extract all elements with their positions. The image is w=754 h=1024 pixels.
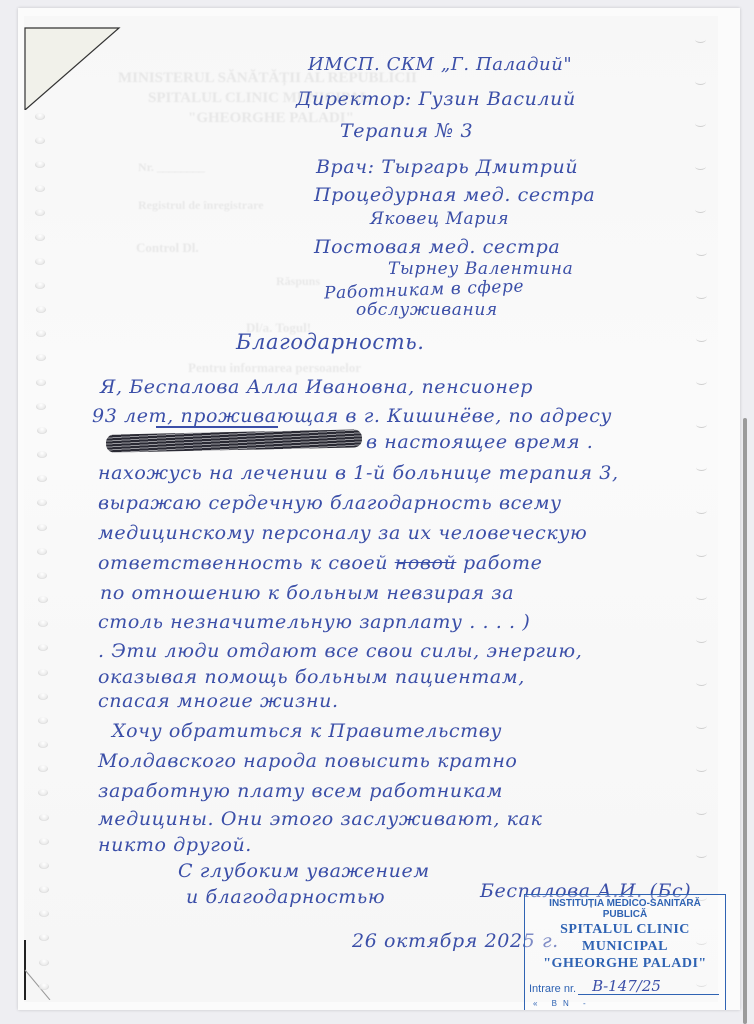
ghost-text: "GHEORGHE PALADI" — [188, 110, 354, 127]
body-line: выражаю сердечную благодарность всему — [98, 492, 562, 514]
stamp-line: MUNICIPAL — [525, 939, 725, 954]
page-curl — [24, 940, 64, 1004]
ghost-text: Pentru informarea persoanelor — [188, 360, 361, 376]
ghost-text: Nr. ________ — [138, 160, 205, 175]
ward-nurse-name: Тырнеу Валентина — [388, 259, 573, 279]
body-line: по отношению к больным невзирая за — [100, 582, 514, 604]
stamp-entry-row: Intrare nr. В-147/25 — [529, 977, 719, 995]
ghost-text: Registrul de înregistrare — [138, 198, 264, 213]
service-staff-line2: обслуживания — [356, 300, 498, 320]
ghost-text: Control Dl. — [136, 240, 199, 256]
body-line: столь незначительную зарплату . . . . ) — [98, 611, 530, 633]
body-line: в настоящее время . — [366, 431, 593, 453]
stamp-line: "GHEORGHE PALADI" — [525, 956, 725, 971]
document-page: MINISTERUL SĂNĂTĂȚII AL REPUBLICII SPITA… — [18, 8, 740, 1010]
body-line: ответственность к своей новой работе — [98, 552, 542, 574]
body-line: медицинскому персоналу за их человеческу… — [98, 522, 587, 544]
body-line: заработную плату всем работникам — [98, 780, 503, 802]
registration-stamp: INSTITUȚIA MEDICO-SANITARĂ PUBLICĂ SPITA… — [524, 894, 726, 1010]
addressee-director: Директор: Гузин Василий — [296, 88, 576, 110]
stamp-footer-marks: « ВN - — [533, 999, 592, 1008]
ghost-text: Răspuns — [276, 274, 320, 289]
addressee-department: Терапия № 3 — [340, 120, 473, 142]
closing-line-2: и благодарностью — [186, 886, 385, 908]
addressee-institution: ИМСП. СКМ „Г. Паладий" — [308, 54, 572, 75]
body-line: оказывая помощь больным пациентам, — [98, 666, 525, 688]
body-line: Молдавского народа повысить кратно — [98, 750, 517, 772]
vertical-scrollbar[interactable] — [743, 418, 747, 1024]
body-line: Я, Беспалова Алла Ивановна, пенсионер — [100, 376, 533, 398]
underline — [156, 426, 278, 428]
body-line: . Эти люди отдают все свои силы, энергию… — [98, 640, 582, 662]
procedural-nurse-title: Процедурная мед. сестра — [314, 184, 595, 206]
body-line: нахожусь на лечении в 1-й больнице терап… — [98, 462, 619, 484]
body-line: медицины. Они этого заслуживают, как — [98, 808, 543, 830]
closing-line-1: С глубоким уважением — [178, 860, 430, 882]
letter-title: Благодарность. — [236, 330, 425, 354]
stamp-line: SPITALUL CLINIC — [525, 922, 725, 937]
addressee-doctor: Врач: Тыргарь Дмитрий — [316, 156, 578, 178]
stamp-line: INSTITUȚIA MEDICO-SANITARĂ — [525, 898, 725, 909]
body-line: 93 лет, проживающая в г. Кишинёве, по ад… — [92, 405, 612, 427]
body-line: Хочу обратиться к Правительству — [112, 720, 502, 742]
stamp-entry-label: Intrare nr. — [529, 983, 576, 995]
procedural-nurse-name: Яковец Мария — [370, 209, 509, 229]
body-line: никто другой. — [98, 834, 252, 856]
ward-nurse-title: Постовая мед. сестра — [314, 236, 560, 258]
stamp-line: PUBLICĂ — [525, 909, 725, 920]
body-line: спасая многие жизни. — [98, 690, 339, 712]
stamp-entry-number: В-147/25 — [578, 978, 719, 995]
